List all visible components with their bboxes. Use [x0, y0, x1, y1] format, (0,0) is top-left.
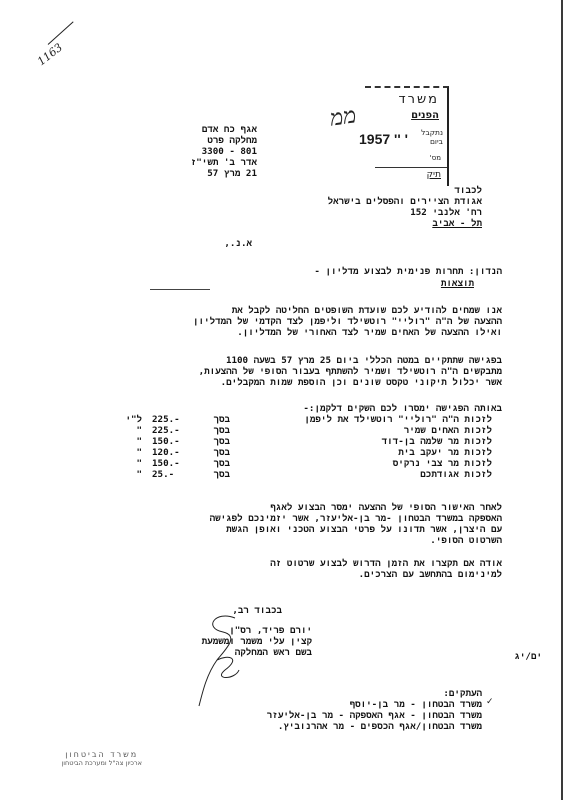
prizes-list: לזכות ה"ה "רוליי" רוטשילד את ליפמןבסך225… [132, 414, 492, 480]
prize-amount: 150.- [152, 436, 200, 447]
header-line: אגף כח אדם [191, 124, 257, 135]
paragraph-line: אודה אם תקצרו את הזמן הדרוש לבצוע שרטוט … [270, 558, 502, 569]
prize-recipient: לזכות מר יעקב בית [398, 447, 492, 458]
stamp-received: נתקבל [421, 128, 443, 137]
header-line: 21 מרץ 57 [191, 168, 257, 179]
prize-amount: 25.- [152, 469, 200, 480]
prize-row: לזכות מר יעקב ביתבסך120.-" [132, 447, 492, 458]
cc-item: משרד הבטחון - מר בן-יוסף [267, 699, 482, 710]
paragraph-line: לאחר האישור הסופי של ההצעה ימסר הבצוע לא… [210, 502, 502, 513]
prize-amount: 225.- [152, 425, 200, 436]
prize-currency: " [136, 425, 142, 436]
stamp-date: 1957 '' ' [359, 131, 408, 147]
cc-list: העתקים: משרד הבטחון - מר בן-יוסף משרד הב… [267, 688, 482, 732]
paragraph-line: אשר יכלול תיקוני טקסט שונים וכן הוספת שמ… [199, 377, 502, 388]
header-line: מחלקה פרט [191, 135, 257, 146]
stamp-number-label: מס' [430, 154, 441, 162]
cc-label: העתקים: [267, 688, 482, 699]
cc-item: משרד הבטחון/אגף הכספים - מר אהרנוביץ. [267, 721, 482, 732]
paragraph-line: אנו שמחים להודיע לכם שועדת השופטים החליט… [193, 305, 502, 316]
handwritten-initials: ממ [328, 102, 357, 131]
checkmark-icon: ✓ [486, 697, 494, 707]
letter-header: אגף כח אדם מחלקה פרט 801 - 3300 אדר ב' ת… [191, 124, 257, 179]
prize-row: לזכות אגודתכםבסך25.-" [132, 469, 492, 480]
stamp-divider [375, 167, 447, 168]
paragraph-line: מתבקשים ה"ה רוטשילד ושמיר להשתתף בעבור ה… [199, 366, 502, 377]
handwritten-signature [195, 610, 255, 710]
prize-row: לזכות ה"ה "רוליי" רוטשילד את ליפמןבסך225… [132, 414, 492, 425]
prizes-intro: באותה הפגישה ימסרו לכם השקים דלקמן:- [303, 403, 502, 414]
recipient-address: לכבוד אגודת הציירים והפסלים בישראל רח' א… [328, 185, 482, 229]
address-line: רח' אלנבי 152 [328, 207, 482, 218]
prize-currency: " [136, 458, 142, 469]
prize-currency: " [136, 469, 142, 480]
prize-label: בסך [213, 414, 230, 425]
paragraph-line: ההצעה של ה"ה "רוליי" רוטשילד וליפמן לצד … [193, 316, 502, 327]
subject-underline [150, 289, 210, 290]
paragraph-line: האספקה במשרד הבטחון -מר בן-אליעזר, אשר י… [210, 513, 502, 524]
prize-recipient: לזכות ה"ה "רוליי" רוטשילד את ליפמן [304, 414, 492, 425]
prize-currency: ל"י [125, 414, 142, 425]
prize-row: לזכות האחים שמירבסך225.-" [132, 425, 492, 436]
prize-amount: 120.- [152, 447, 200, 458]
prize-label: בסך [213, 425, 230, 436]
prize-recipient: לזכות אגודתכם [420, 469, 492, 480]
reference-code: ים/יג [514, 651, 542, 662]
paragraph-line: בפגישה שתתקיים במטה הכללי ביום 25 מרץ 57… [199, 355, 502, 366]
prize-recipient: לזכות מר שלמה בן-דוד [382, 436, 492, 447]
prize-currency: " [136, 436, 142, 447]
paragraph-line: למינימום בהתחשב עם הצרכים. [270, 569, 502, 580]
paragraph-1: אנו שמחים להודיע לכם שועדת השופטים החליט… [193, 305, 502, 338]
page-edge [561, 0, 563, 800]
prize-label: בסך [213, 447, 230, 458]
subject-line: הנדון: תחרות פנימית לבצוע מדליון - [314, 266, 502, 277]
paragraph-line: עם היצרן, אשר תדונו על פרטי הבצוע הטכני … [210, 524, 502, 535]
prize-label: בסך [213, 436, 230, 447]
stamp-file-label: תיק [427, 170, 441, 180]
prize-label: בסך [213, 469, 230, 480]
paragraph-line: ואילו ההצעה של האחים שמיר לצד האחורי של … [193, 327, 502, 338]
paragraph-2: בפגישה שתתקיים במטה הכללי ביום 25 מרץ 57… [199, 355, 502, 388]
paragraph-3: לאחר האישור הסופי של ההצעה ימסר הבצוע לא… [210, 502, 502, 546]
footer-ministry: משרד הביטחון [61, 750, 142, 759]
prize-recipient: לזכות מר צבי נרקיס [393, 458, 492, 469]
archive-number-stroke [48, 21, 74, 44]
stamp-day: ביום [430, 137, 443, 146]
stamp-subtitle: הפנים [411, 110, 439, 121]
salutation: לכבוד [328, 185, 482, 196]
header-line: 801 - 3300 [191, 146, 257, 157]
prize-row: לזכות מר שלמה בן-דודבסך150.-" [132, 436, 492, 447]
prize-label: בסך [213, 458, 230, 469]
prize-row: לזכות מר צבי נרקיסבסך150.-" [132, 458, 492, 469]
stamp-received-label: נתקבלביום [421, 128, 443, 146]
subject-line-2: תוצאות [441, 278, 474, 289]
received-stamp: משרד הפנים נתקבלביום 1957 '' ' מס' תיק [365, 86, 449, 186]
stamp-title: משרד [399, 92, 439, 107]
cc-item: משרד הבטחון - אגף האספקה - מר בן-אליעזר [267, 710, 482, 721]
address-line: תל - אביב [328, 218, 482, 229]
paragraph-4: אודה אם תקצרו את הזמן הדרוש לבצוע שרטוט … [270, 558, 502, 580]
footer-archive: ארכיון צה"ל ומערכת הביטחון [61, 759, 142, 767]
prize-currency: " [136, 447, 142, 458]
header-line: אדר ב' תשי"ז [191, 157, 257, 168]
prize-amount: 150.- [152, 458, 200, 469]
prize-amount: 225.- [152, 414, 200, 425]
archive-footer: משרד הביטחון ארכיון צה"ל ומערכת הביטחון [61, 750, 142, 767]
paragraph-line: השרטוט הסופי. [210, 535, 502, 546]
archive-number: 1163 [35, 41, 65, 68]
greeting: א.נ., [224, 238, 252, 249]
address-line: אגודת הציירים והפסלים בישראל [328, 196, 482, 207]
prize-recipient: לזכות האחים שמיר [404, 425, 492, 436]
